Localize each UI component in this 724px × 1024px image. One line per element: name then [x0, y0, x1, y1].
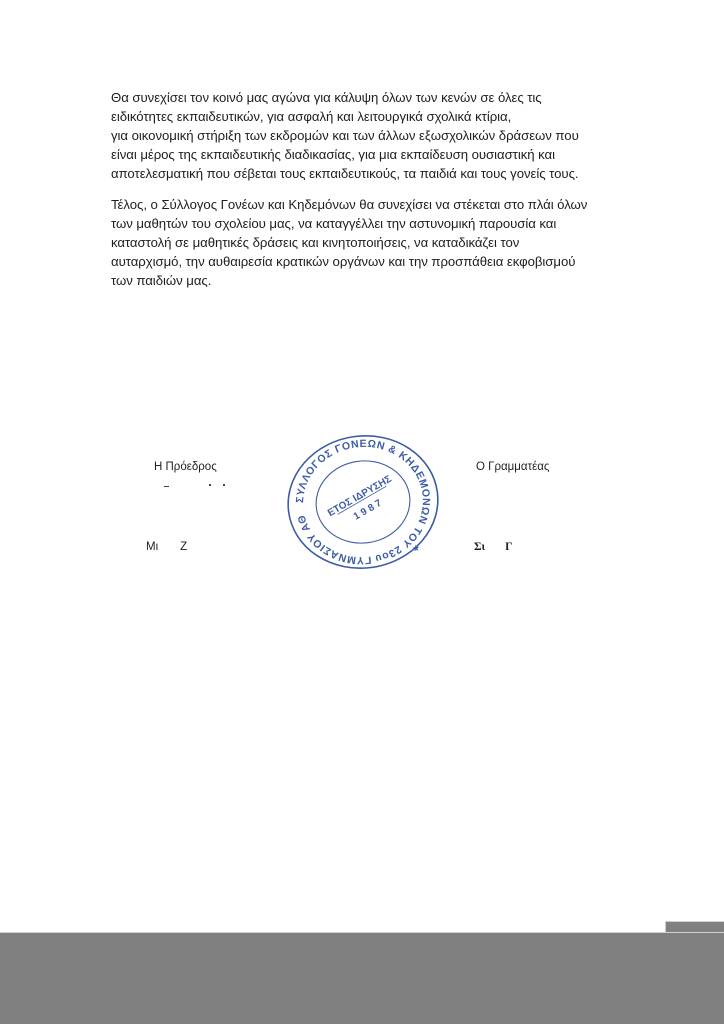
- text-line: αποτελεσματική που σέβεται τους εκπαιδευ…: [111, 164, 611, 183]
- text-line: Τέλος, ο Σύλλογος Γονέων και Κηδεμόνων θ…: [111, 195, 611, 214]
- secretary-name-last: Γ: [505, 541, 512, 553]
- stamp-star-icon: ★: [411, 543, 420, 554]
- text-line: των μαθητών του σχολείου μας, να καταγγέ…: [111, 214, 611, 233]
- secretary-title: Ο Γραμματέας: [476, 461, 549, 473]
- text-line: είναι μέρος της εκπαιδευτικής διαδικασία…: [111, 145, 611, 164]
- president-signature-mark: [160, 484, 230, 488]
- stamp-inner-ring: [311, 455, 415, 549]
- text-line: ειδικότητες εκπαιδευτικών, για ασφαλή κα…: [111, 107, 611, 126]
- text-line: αυταρχισμό, την αυθαιρεσία κρατικών οργά…: [111, 252, 611, 271]
- document-page: Θα συνεχίσει τον κοινό μας αγώνα για κάλ…: [0, 0, 724, 932]
- secretary-name: ΣιΓ: [474, 541, 512, 553]
- text-line: καταστολή σε μαθητικές δράσεις και κινητ…: [111, 233, 611, 252]
- president-name-first: Μι: [146, 541, 158, 553]
- viewer-background: [0, 932, 724, 1024]
- president-name-last: Ζ: [180, 541, 187, 553]
- text-line: των παιδιών μας.: [111, 271, 611, 290]
- paragraph-closing: Τέλος, ο Σύλλογος Γονέων και Κηδεμόνων θ…: [111, 195, 611, 290]
- text-line: Θα συνεχίσει τον κοινό μας αγώνα για κάλ…: [111, 88, 611, 107]
- association-stamp: ΣΥΛΛΟΓΟΣ ΓΟΝΕΩΝ & ΚΗΔΕΜΟΝΩΝ ΤΟΥ 23ου ΓΥΜ…: [283, 432, 443, 572]
- text-line: για οικονομική στήριξη των εκδρομών και …: [111, 126, 611, 145]
- paragraph-demands: Θα συνεχίσει τον κοινό μας αγώνα για κάλ…: [111, 88, 611, 183]
- president-name: ΜιΖ: [146, 541, 187, 553]
- president-title: Η Πρόεδρος: [154, 461, 217, 473]
- secretary-name-first: Σι: [474, 541, 485, 553]
